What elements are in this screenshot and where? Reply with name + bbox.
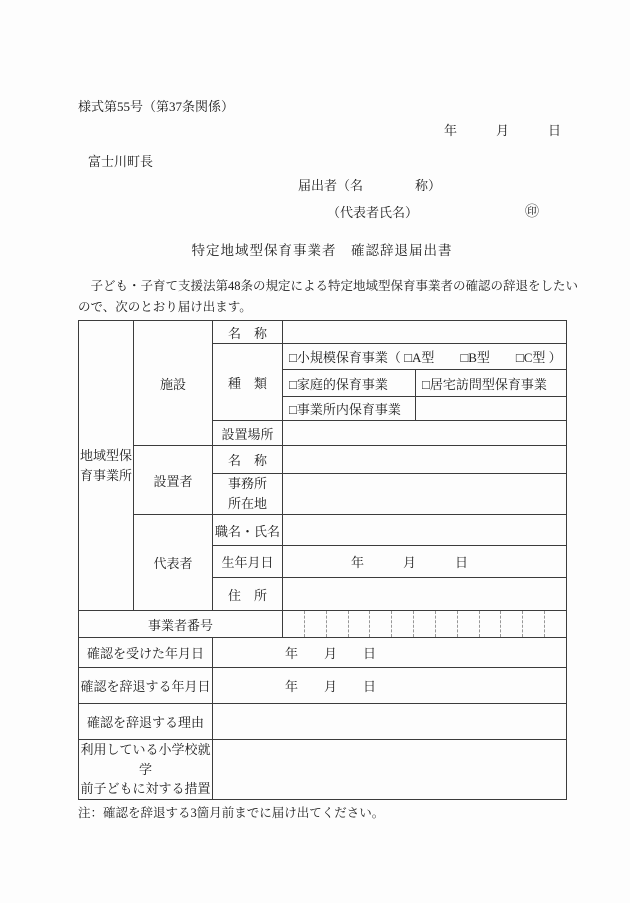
form-number: 様式第55号（第37条関係）	[78, 96, 566, 115]
label-withdrawal-reason: 確認を辞退する理由	[79, 704, 213, 740]
business-number-digit-box	[500, 611, 522, 637]
label-business-number: 事業者番号	[79, 611, 283, 638]
field-facility-name	[283, 321, 567, 344]
row-measures: 利用している小学校就学 前子どもに対する措置	[79, 740, 567, 800]
seal-icon: ㊞	[525, 201, 539, 221]
business-number-digit-box	[413, 611, 435, 637]
row-facility-name: 地域型保 育事業所 施設 名 称	[79, 321, 567, 344]
business-number-digit-box	[435, 611, 457, 637]
submission-date-line: 年 月 日	[78, 120, 566, 139]
type-option-workplace-checkbox: □事業所内保育事業	[283, 397, 416, 421]
field-birth-date: 年 月 日	[283, 546, 567, 578]
label-address: 住 所	[213, 578, 283, 611]
section-label-facility: 施設	[134, 321, 213, 446]
field-office-address	[283, 474, 567, 515]
business-number-digit-box	[304, 611, 326, 637]
footnote: 注：確認を辞退する3箇月前までに届け出てください。	[78, 803, 566, 821]
field-measures	[213, 740, 567, 800]
field-address	[283, 578, 567, 611]
row-title-name: 代表者 職名・氏名	[79, 515, 567, 546]
document-title: 特定地域型保育事業者 確認辞退届出書	[78, 239, 566, 259]
intro-line-2: ので、次のとおり届け出ます。	[78, 297, 566, 318]
row-withdrawal-reason: 確認を辞退する理由	[79, 704, 567, 740]
business-number-digit-box	[457, 611, 479, 637]
label-founder-name: 名 称	[213, 446, 283, 474]
business-number-digit-box	[522, 611, 544, 637]
business-number-digit-box	[391, 611, 413, 637]
section-label-representative: 代表者	[134, 515, 213, 611]
label-confirmed-date: 確認を受けた年月日	[79, 638, 213, 668]
type-option-home-based-checkbox: □家庭的保育事業	[283, 370, 416, 397]
field-withdrawal-reason	[213, 704, 567, 740]
row-business-number: 事業者番号	[79, 611, 567, 638]
field-founder-name	[283, 446, 567, 474]
row-withdrawal-date: 確認を辞退する年月日 年 月 日	[79, 668, 567, 704]
intro-paragraph: 子ども・子育て支援法第48条の規定による特定地域型保育事業者の確認の辞退をしたい…	[78, 276, 566, 318]
label-office-address: 事務所 所在地	[213, 474, 283, 515]
business-number-digit-box	[348, 611, 370, 637]
declarant-representative-line: （代表者氏名） ㊞	[327, 201, 566, 221]
document-page: 様式第55号（第37条関係） 年 月 日 富士川町長 届出者（名 称） （代表者…	[0, 0, 630, 903]
field-business-number	[283, 611, 567, 638]
label-measures: 利用している小学校就学 前子どもに対する措置	[79, 740, 213, 800]
field-title-name	[283, 515, 567, 546]
field-location	[283, 421, 567, 446]
business-number-digit-box	[369, 611, 391, 637]
label-title-name: 職名・氏名	[213, 515, 283, 546]
type-option-small-scale-checkboxes: □小規模保育事業（ □A型 □B型 □C型 ）	[283, 344, 567, 370]
field-confirmed-date: 年 月 日	[213, 638, 567, 668]
section-label-founder: 設置者	[134, 446, 213, 515]
row-confirmed-date: 確認を受けた年月日 年 月 日	[79, 638, 567, 668]
business-number-digit-boxes	[283, 611, 566, 637]
application-form-table: 地域型保 育事業所 施設 名 称 種 類 □小規模保育事業（ □A型 □B型 □…	[78, 320, 567, 800]
row-founder-name: 設置者 名 称	[79, 446, 567, 474]
business-number-digit-box	[283, 611, 304, 637]
label-location: 設置場所	[213, 421, 283, 446]
addressee-mayor: 富士川町長	[88, 151, 566, 170]
business-number-digit-box	[326, 611, 348, 637]
type-option-home-visit-checkbox: □居宅訪問型保育事業	[416, 370, 567, 397]
declarant-name-line: 届出者（名 称）	[298, 175, 566, 194]
field-type-empty	[416, 397, 567, 421]
business-number-digit-box	[479, 611, 501, 637]
field-withdrawal-date: 年 月 日	[213, 668, 567, 704]
label-facility-type: 種 類	[213, 344, 283, 421]
representative-name-label: （代表者氏名）	[327, 202, 418, 221]
label-withdrawal-date: 確認を辞退する年月日	[79, 668, 213, 704]
label-facility-name: 名 称	[213, 321, 283, 344]
group-label-regional-childcare-office: 地域型保 育事業所	[79, 321, 134, 611]
label-birth-date: 生年月日	[213, 546, 283, 578]
business-number-digit-box	[544, 611, 566, 637]
intro-line-1: 子ども・子育て支援法第48条の規定による特定地域型保育事業者の確認の辞退をしたい	[78, 276, 566, 297]
